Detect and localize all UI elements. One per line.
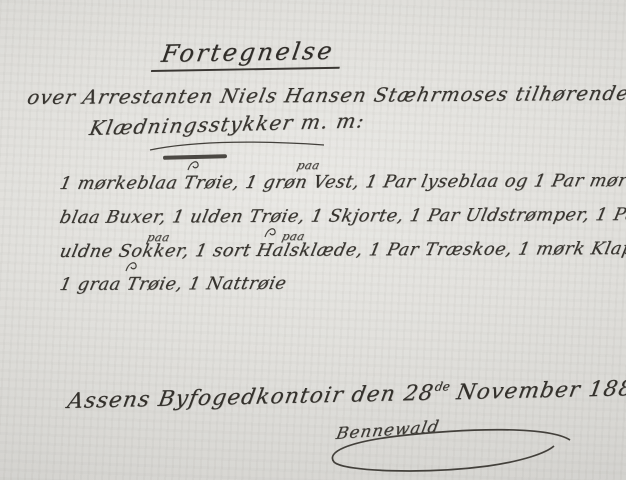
scanned-document-page: Fortegnelse over Arrestanten Niels Hanse…	[0, 0, 626, 480]
underline-swash-icon	[148, 138, 328, 154]
inserted-word-annotation: paa	[281, 229, 307, 243]
inserted-word-annotation: paa	[146, 230, 172, 244]
document-title: Fortegnelse	[151, 37, 344, 72]
insertion-mark-icon	[263, 226, 281, 240]
date-suffix: November 1885	[447, 376, 626, 406]
heading-line-subject: Klædningsstykker m. m:	[88, 108, 367, 140]
inventory-line: uldne Sokker, 1 sort Halsklæde, 1 Par Tr…	[58, 239, 626, 262]
heading-line-owner: over Arrestanten Niels Hansen Stæhrmoses…	[25, 82, 626, 109]
inventory-line: blaa Buxer, 1 ulden Trøie, 1 Skjorte, 1 …	[58, 205, 626, 228]
date-prefix: Assens Byfogedkontoir den 28	[66, 381, 436, 414]
section-divider-rule	[163, 154, 227, 160]
signature-flourish-icon	[318, 420, 578, 480]
inventory-line: 1 graa Trøie, 1 Nattrøie	[58, 274, 289, 295]
insertion-mark-icon	[186, 159, 204, 173]
inserted-word-annotation: paa	[296, 158, 322, 172]
place-and-date-line: Assens Byfogedkontoir den 28de November …	[66, 375, 626, 414]
inventory-line: 1 mørkeblaa Trøie, 1 grøn Vest, 1 Par ly…	[58, 171, 626, 194]
insertion-mark-icon	[124, 260, 142, 274]
